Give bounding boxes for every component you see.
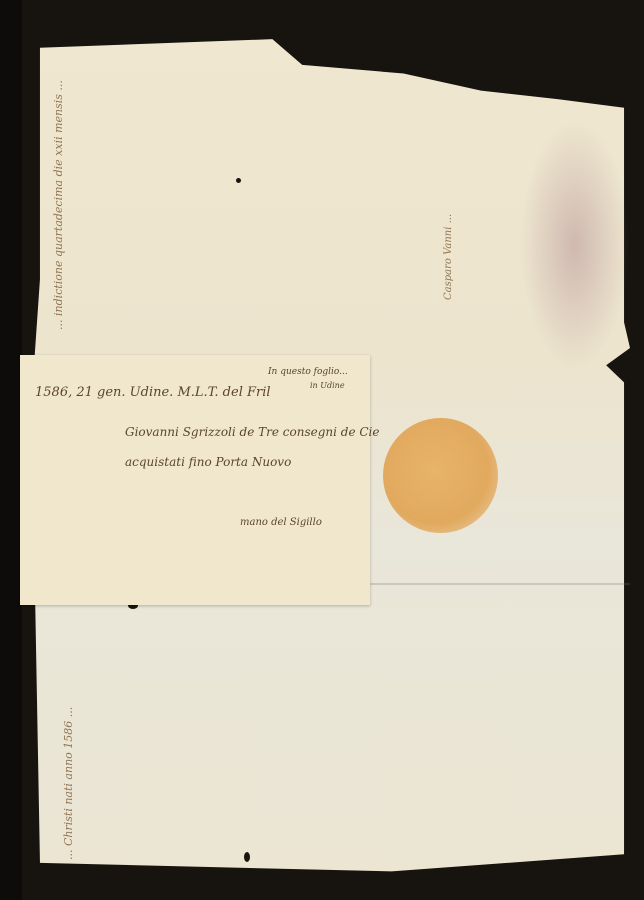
purple-stain <box>520 120 630 370</box>
archival-label: In questo foglio... in Udine 1586, 21 ge… <box>20 355 370 605</box>
lower-handwriting: ... Christi nati anno 1586 ... <box>60 707 78 860</box>
label-note-top: In questo foglio... <box>268 367 348 377</box>
ink-hole <box>236 178 241 183</box>
right-endorsement: Casparo Vanni ... <box>440 214 458 300</box>
wax-seal-stain <box>383 418 498 533</box>
label-note-superscript: in Udine <box>310 381 345 390</box>
label-line-2: acquistati fino Porta Nuovo <box>125 455 291 469</box>
label-line-1: Giovanni Sgrizzoli de Tre consegni de Ci… <box>125 425 380 439</box>
ink-hole <box>244 852 250 862</box>
scanner-frame-edge <box>0 0 22 900</box>
upper-handwriting: ... indictione quartadecima die xxii men… <box>50 80 68 330</box>
label-signature: mano del Sigillo <box>240 517 322 528</box>
label-date-line: 1586, 21 gen. Udine. M.L.T. del Fril <box>35 385 271 400</box>
